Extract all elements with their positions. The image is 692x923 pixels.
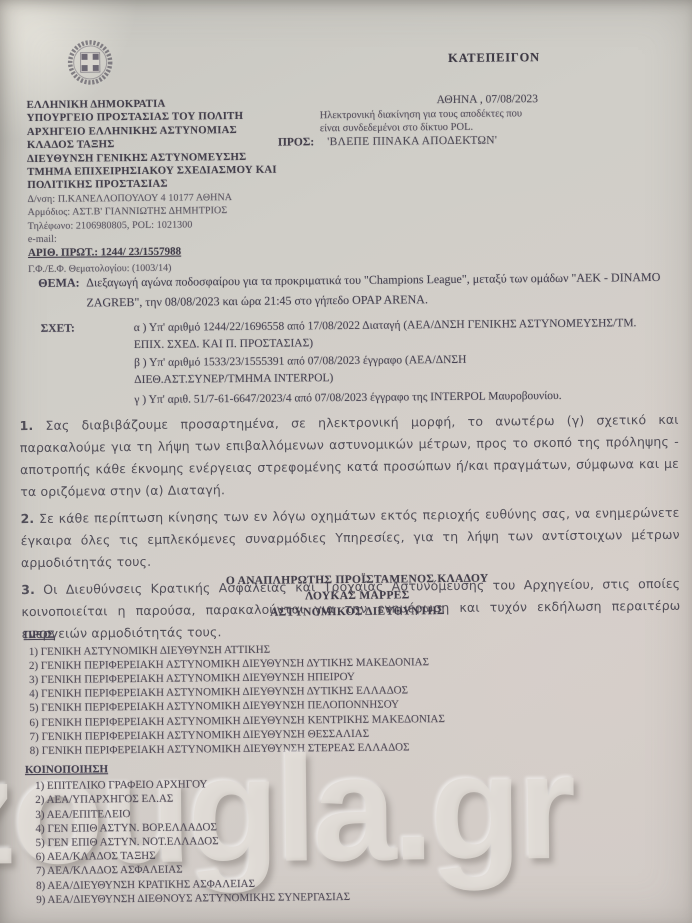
greek-national-emblem-icon bbox=[66, 38, 114, 86]
recipients-title: ΠΡΟΣ bbox=[24, 624, 445, 642]
document-photo: ΚΑΤΕΠΕΙΓΟΝ ΕΛΛΗΝΙΚΗ ΔΗΜΟΚΡΑΤΙΑ ΥΠΟΥΡΓΕΙΟ… bbox=[0, 0, 692, 923]
protocol-number: 1244/ 23/1557988 bbox=[101, 246, 181, 259]
subject-label: ΘΕΜΑ: bbox=[38, 273, 86, 312]
to-value: 'ΒΛΕΠΕ ΠΙΝΑΚΑ ΑΠΟΔΕΚΤΩΝ' bbox=[327, 135, 497, 149]
cc-section: ΚΟΙΝΟΠΟΙΗΣΗ 1) ΕΠΙΤΕΛΙΚΟ ΓΡΑΦΕΙΟ ΑΡΧΗΓΟΥ… bbox=[25, 760, 350, 907]
signature-block: Ο ΑΝΑΠΛΗΡΩΤΗΣ ΠΡΟΪΣΤΑΜΕΝΟΣ ΚΛΑΔΟΥ ΛΟΥΚΑΣ… bbox=[31, 569, 683, 623]
city-date: ΑΘΗΝΑ , 07/08/2023 bbox=[436, 93, 538, 106]
protocol-label: ΑΡΙΘ. ΠΡΩΤ.: bbox=[28, 246, 98, 259]
reference-item: α ) Υπ' αριθμό 1244/22/1696558 από 17/08… bbox=[134, 315, 639, 353]
to-label: ΠΡΟΣ: bbox=[278, 136, 314, 148]
subject-row: ΘΕΜΑ: Διεξαγωγή αγώνα ποδοσφαίρου για τα… bbox=[38, 268, 666, 313]
letterhead: ΕΛΛΗΝΙΚΗ ΔΗΜΟΚΡΑΤΙΑ ΥΠΟΥΡΓΕΙΟ ΠΡΟΣΤΑΣΙΑΣ… bbox=[27, 96, 329, 277]
paragraph-text: Σε κάθε περίπτωση κίνησης των εν λόγω οχ… bbox=[21, 505, 680, 570]
references-label: ΣΧΕΤ: bbox=[41, 321, 75, 338]
to-row: ΠΡΟΣ: 'ΒΛΕΠΕ ΠΙΝΑΚΑ ΑΠΟΔΕΚΤΩΝ' bbox=[278, 135, 497, 149]
cc-title: ΚΟΙΝΟΠΟΙΗΣΗ bbox=[25, 760, 349, 777]
references-items: α ) Υπ' αριθμό 1244/22/1696558 από 17/08… bbox=[134, 315, 662, 409]
dispatch-note-line2: είναι συνδεδεμένοι στο δίκτυο POL. bbox=[320, 122, 473, 134]
document-page: ΚΑΤΕΠΕΙΓΟΝ ΕΛΛΗΝΙΚΗ ΔΗΜΟΚΡΑΤΙΑ ΥΠΟΥΡΓΕΙΟ… bbox=[0, 0, 692, 923]
urgency-label: ΚΑΤΕΠΕΙΓΟΝ bbox=[448, 50, 540, 66]
paragraph-text: Σας διαβιβάζουμε προσαρτημένα, σε ηλεκτρ… bbox=[20, 412, 679, 499]
body-paragraph: 2. Σε κάθε περίπτωση κίνησης των εν λόγω… bbox=[20, 502, 680, 574]
paragraph-number: 1. bbox=[20, 418, 34, 433]
references-block: ΣΧΕΤ: α ) Υπ' αριθμό 1244/22/1696558 από… bbox=[41, 315, 662, 409]
cc-list: 1) ΕΠΙΤΕΛΙΚΟ ΓΡΑΦΕΙΟ ΑΡΧΗΓΟΥ 2) ΑΕΑ/ΥΠΑΡ… bbox=[25, 776, 350, 907]
dispatch-note-line1: Ηλεκτρονική διακίνηση για τους αποδέκτες… bbox=[320, 108, 522, 121]
cc-item: 9) ΑΕΑ/ΔΙΕΥΘΥΝΣΗ ΔΙΕΘΝΟΥΣ ΑΣΤΥΝΟΜΙΚΗΣ ΣΥ… bbox=[36, 890, 350, 907]
reference-item: γ ) Υπ' αριθ. 51/7-61-6647/2023/4 από 07… bbox=[134, 387, 692, 409]
protocol-line: ΑΡΙΘ. ΠΡΩΤ.: 1244/ 23/1557988 bbox=[28, 244, 328, 260]
paragraph-number: 2. bbox=[20, 511, 34, 526]
body-paragraph: 1. Σας διαβιβάζουμε προσαρτημένα, σε ηλε… bbox=[20, 409, 680, 503]
reference-item: β ) Υπ' αριθμό 1533/23/1555391 από 07/08… bbox=[134, 351, 542, 388]
subject-text: Διεξαγωγή αγώνα ποδοσφαίρου για τα προκρ… bbox=[86, 268, 666, 313]
